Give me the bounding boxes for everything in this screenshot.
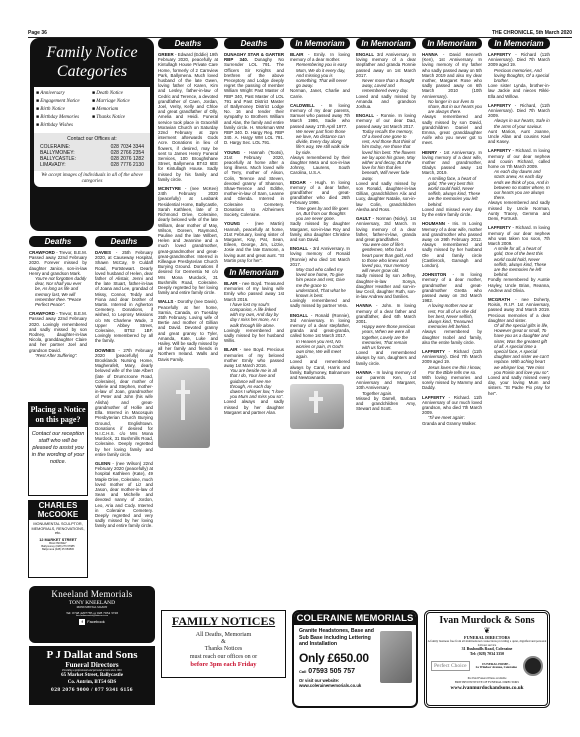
section-header-deaths: Deaths (29, 236, 87, 247)
section-header-deaths: Deaths (224, 38, 284, 49)
notice-entry: HANNA - In loving memory of our parents … (356, 370, 416, 412)
office-row: LIMAVADY:028 7776 2130 (40, 162, 144, 168)
bible-cross-image (158, 368, 210, 448)
office-contacts: Contact our Offices at: COLERAINE:028 70… (34, 133, 150, 171)
categories-list: Anniversary Death Notice Engagement Noti… (34, 87, 150, 133)
category-item: Death Notice (92, 90, 148, 98)
category-item: Marriage Notice (92, 98, 148, 106)
categories-box: Family Notice Categories Anniversary Dea… (30, 38, 154, 231)
section-header-in-memoriam: In Memoriam (488, 38, 550, 49)
category-item: Memoriam (92, 106, 148, 114)
perfect-choice-logo: Perfect Choice (431, 661, 470, 671)
notice-entry: HOUMANN - Iris. In Loving Memory of a de… (422, 221, 482, 268)
column-deaths-3: Deaths GREER - Edward (Eddie) 19th Febru… (158, 38, 218, 578)
notice-entry: HENRY - 1st Anniversary. In loving memor… (422, 150, 482, 218)
notice-entry: GREER - Edward (Eddie) 19th February 202… (158, 52, 218, 182)
section-header-in-memoriam: In Memoriam (224, 267, 284, 278)
notice-entry: DAVIES - 25th February 2020, at Causeway… (95, 250, 153, 344)
ornament-icon: ❦ (427, 626, 547, 635)
ivan-murdock-ad: Ivan Murdock & Sons ❦ FUNERAL DIRECTORS … (424, 610, 550, 708)
category-item: Thanks Notice (92, 114, 148, 122)
notice-entry: LAFFERTY - Richard (11th Anniversary). D… (488, 52, 550, 99)
facebook-icon: f (79, 619, 85, 625)
notice-entry: ENGALL - Ronald (Ronnie), 3rd Anniversar… (290, 313, 350, 381)
dallat-funeral-ad: P J Dallat and Sons Funeral Directors Pr… (29, 646, 155, 705)
notice-entry: CRAWFORD - Trevor, B.E.M. Passed away 22… (29, 250, 87, 307)
kneeland-memorials-ad: Kneeland Memorials TONY KNEELAND MONUMEN… (29, 586, 155, 643)
column-memoriam-7: In Memoriam HANNA - David Kenneth (Ken),… (422, 38, 482, 583)
notice-entry: JOHNSTON - In loving memory of a dear mo… (422, 272, 482, 345)
notice-entry: LAFFERTY - Richard (11th Anniversary). D… (422, 349, 482, 391)
coleraine-memorials-ad: COLERAINE MEMORIALS Granite Headstones, … (292, 610, 418, 708)
headstone-image (380, 631, 412, 683)
charles-mccooke-ad: CHARLESMcCOOKE MONUMENTAL SCULPTOR, MEMO… (28, 500, 88, 578)
website-link[interactable]: www.ivanmurdockandsons.co.uk (427, 685, 547, 691)
column-deaths-2: Deaths DAVIES - 25th February 2020, at C… (95, 236, 153, 582)
column-memoriam-6: In Memoriam ENGALL 3rd Anniversary. In l… (356, 38, 416, 583)
paper-dateline: THE CHRONICLE, 5th March 2020 (492, 30, 572, 36)
notice-entry: YOUNG - (nee Martin) Hannah, peacefully … (224, 221, 284, 263)
notice-entry: WALLS - Dorothy (nee Davis). Peacefully … (158, 299, 218, 361)
notice-entry: LAFFERTY - Richard. In loving memory of … (488, 225, 550, 293)
section-header-deaths: Deaths (158, 38, 218, 49)
notice-entry: CALDWELL - In loving memory of my dear p… (290, 103, 350, 176)
column-deaths-1: Deaths CRAWFORD - Trevor, B.E.M. Passed … (29, 236, 87, 398)
notice-entry: EDGAR - Hugh. In loving memory of a dear… (290, 180, 350, 242)
category-item: Birthday Memories (36, 114, 92, 122)
page-number: Page 36 (28, 30, 47, 36)
notice-entry: ENGALL 3rd Anniversary. In loving memory… (356, 52, 416, 109)
notice-entry: MCGRATH - nee Doherty, Roisin, R.I.P. 1s… (488, 297, 550, 396)
notice-entry: BLAIR - Emily. In loving memory of a dea… (290, 52, 350, 99)
notice-entry: GAULT - Norman (Nicky). 1st Anniversary,… (356, 216, 416, 299)
page-header: Page 36 THE CHRONICLE, 5th March 2020 (28, 28, 572, 38)
facebook-link[interactable]: fFacebook (29, 619, 155, 625)
notice-entry: BLAIR - nee Boyd. Treasured memories of … (224, 281, 284, 343)
placing-notice-box: Placing a Notice on this page? Contact o… (28, 402, 88, 496)
notice-entry: YOUNG - Hannah (Tootsi), 21st February 2… (224, 150, 284, 218)
notice-entry: ENGALL - 3rd Anniversary. In loving memo… (290, 246, 350, 308)
notice-entry: HANNA - John. In loving memory of a dear… (356, 303, 416, 365)
section-header-in-memoriam: In Memoriam (290, 38, 350, 49)
bifd-seal-icon (523, 656, 543, 676)
notice-entry: DOWNES - 27th February 2020 (peacefully)… (95, 348, 153, 457)
notice-entry: HANNA - David Kenneth (Ken), 1st Anniver… (422, 52, 482, 146)
notice-entry: LAFFERTY - Richard. In loving memory of … (488, 148, 550, 221)
category-item: Anniversary (36, 90, 92, 98)
categories-title: Family Notice Categories (30, 43, 154, 81)
deadline-text: before 3pm each Friday (162, 661, 285, 668)
images-note: We accept images of individuals in all o… (34, 171, 150, 187)
notice-entry: CRAWFORD - Trevor, B.E.M. Passed away 22… (29, 311, 87, 358)
section-header-deaths: Deaths (95, 236, 153, 247)
notice-entry: DUNAGHY STAR & GARTER RBP 340. Dunaghy N… (224, 52, 284, 146)
category-item: Birth Notice (36, 106, 92, 114)
notice-entry: ENGALL - Ronnie. In loving memory of our… (356, 113, 416, 212)
notice-entry: LAFFERTY - Richard, (11th Anniversary). … (488, 103, 550, 145)
category-item: Engagement Notice (36, 98, 92, 106)
website-link[interactable]: www.colerainememorials.co.uk (299, 683, 411, 688)
section-header-in-memoriam: In Memoriam (356, 38, 416, 49)
section-header-in-memoriam: In Memoriam (422, 38, 482, 49)
family-notices-deadline-ad: FAMILY NOTICES All Deaths, Memoriam & Th… (161, 610, 286, 678)
category-item: Birthday Wishes (36, 122, 92, 130)
notice-entry: BLAIR - nee Boyd. Precious memories of m… (224, 347, 284, 415)
bible-cross-image (290, 384, 344, 429)
notice-entry: MCINTYRE - (nee McKee) 24th February 202… (158, 186, 218, 295)
column-deaths-memoriam-4: Deaths DUNAGHY STAR & GARTER RBP 340. Du… (224, 38, 284, 578)
column-memoriam-8: In Memoriam LAFFERTY - Richard (11th Ann… (488, 38, 550, 583)
notice-entry: LAFFERTY - Richard. 11th Anniversary of … (422, 395, 482, 426)
column-memoriam-5: In Memoriam BLAIR - Emily. In loving mem… (290, 38, 350, 583)
notice-entry: GLENN - (nee Wilson) 22nd February 2020 … (95, 461, 153, 529)
